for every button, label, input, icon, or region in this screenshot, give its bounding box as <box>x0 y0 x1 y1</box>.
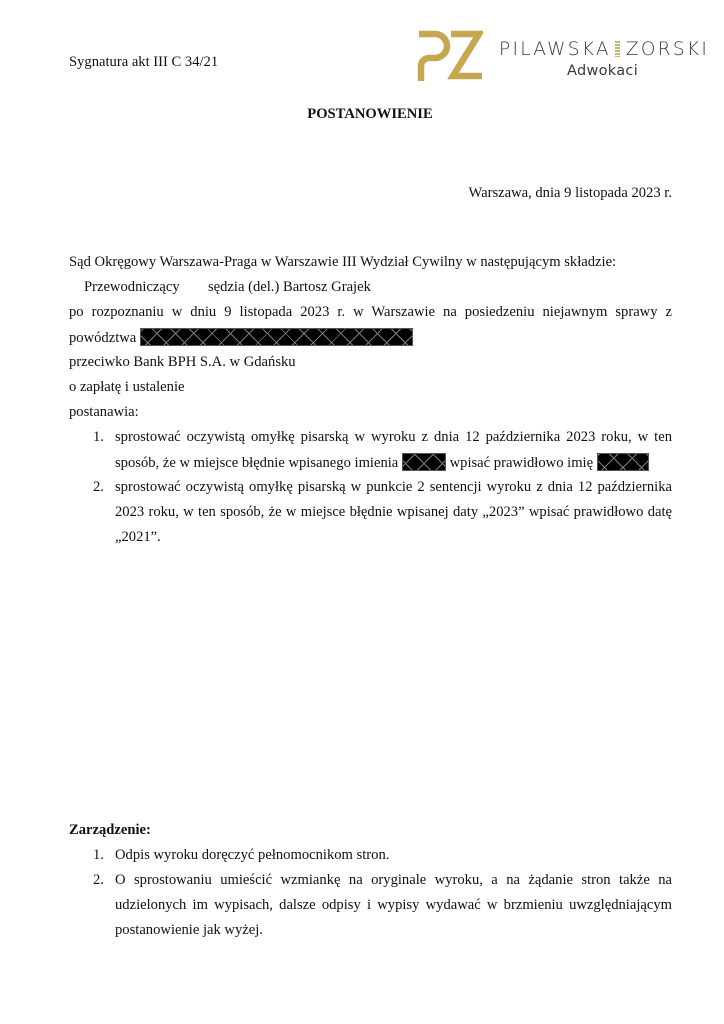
ruling-2-line-2: 2023 roku, w ten sposób, że w miejsce bł… <box>115 503 672 521</box>
dotted-separator-icon <box>615 41 620 57</box>
presiding-label: Przewodniczący <box>84 278 180 296</box>
redacted-correct-name <box>597 453 649 471</box>
order-1-number: 1. <box>93 846 104 864</box>
plaintiff-line: powództwa <box>69 328 413 347</box>
order-2-line-1: O sprostowaniu umieścić wzmiankę na oryg… <box>115 871 672 889</box>
ruling-1-number: 1. <box>93 428 104 446</box>
order-2-line-2: udzielonych im wypisach, dalsze odpisy i… <box>115 896 672 914</box>
ruling-2-line-1: sprostować oczywistą omyłkę pisarską w p… <box>115 478 672 496</box>
plaintiff-label: powództwa <box>69 330 136 346</box>
court-line: Sąd Okręgowy Warszawa-Praga w Warszawie … <box>69 253 616 271</box>
order-2-line-3: postanowienie jak wyżej. <box>115 921 263 939</box>
firm-name-right: ZORSKI <box>626 39 709 60</box>
hearing-line: po rozpoznaniu w dniu 9 listopada 2023 r… <box>69 303 672 321</box>
ruling-1-text-b: wpisać prawidłowo imię <box>450 455 593 471</box>
ruling-1-text-a: sposób, że w miejsce błędnie wpisanego i… <box>115 455 398 471</box>
ruling-2-number: 2. <box>93 478 104 496</box>
pz-monogram-icon <box>417 29 483 81</box>
firm-name-left: PILAWSKA <box>499 39 611 60</box>
ruling-1-line-1: sprostować oczywistą omyłkę pisarską w w… <box>115 428 672 446</box>
decides-label: postanawia: <box>69 403 139 421</box>
ruling-2-line-3: „2021”. <box>115 528 161 546</box>
law-firm-logo: PILAWSKAZORSKI Adwokaci <box>417 29 707 85</box>
defendant-line: przeciwko Bank BPH S.A. w Gdańsku <box>69 353 296 371</box>
presiding-judge: sędzia (del.) Bartosz Grajek <box>208 278 371 296</box>
order-heading: Zarządzenie: <box>69 821 151 839</box>
firm-subtitle: Adwokaci <box>567 63 638 79</box>
subject-line: o zapłatę i ustalenie <box>69 378 184 396</box>
firm-name: PILAWSKAZORSKI <box>499 39 709 60</box>
place-date: Warszawa, dnia 9 listopada 2023 r. <box>469 184 673 202</box>
ruling-1-line-2: sposób, że w miejsce błędnie wpisanego i… <box>115 453 649 472</box>
document-title: POSTANOWIENIE <box>0 105 724 123</box>
order-1-line-1: Odpis wyroku doręczyć pełnomocnikom stro… <box>115 846 389 864</box>
redacted-wrong-name <box>402 453 446 471</box>
redacted-plaintiff <box>140 328 413 346</box>
case-signature: Sygnatura akt III C 34/21 <box>69 53 218 71</box>
order-2-number: 2. <box>93 871 104 889</box>
